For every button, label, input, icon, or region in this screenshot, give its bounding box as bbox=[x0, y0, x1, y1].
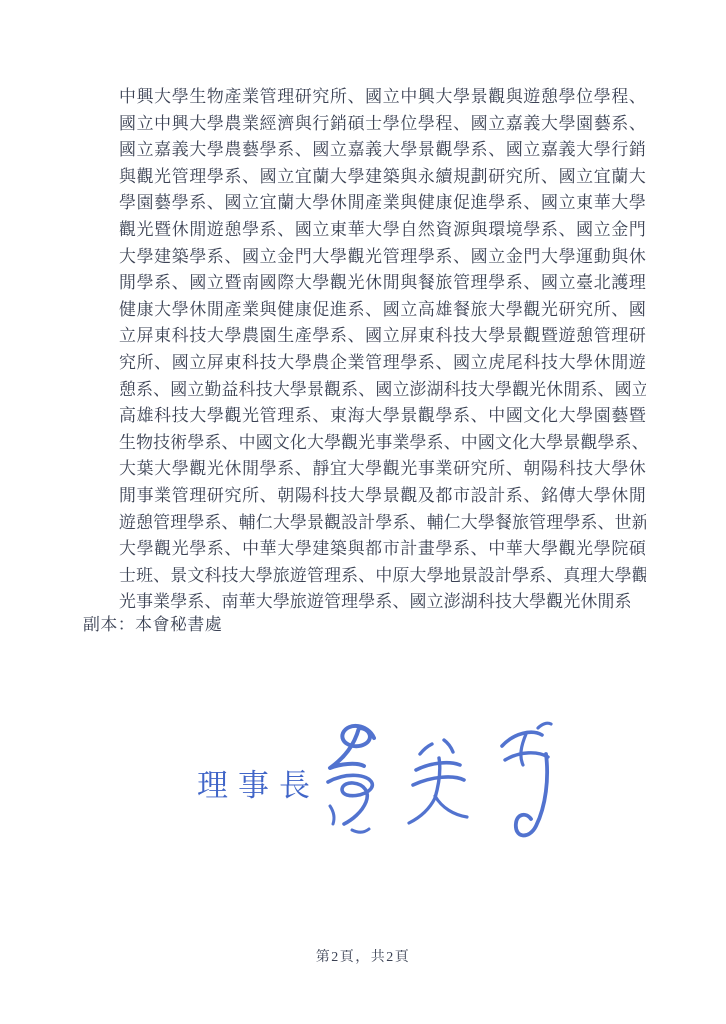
body-line: 閒事業管理研究所、朝陽科技大學景觀及都市設計系、銘傳大學休閒 bbox=[119, 483, 646, 510]
body-line: 高雄科技大學觀光管理系、東海大學景觀學系、中國文化大學園藝暨 bbox=[119, 403, 646, 430]
body-line: 閒學系、國立暨南國際大學觀光休閒與餐旅管理學系、國立臺北護理 bbox=[119, 270, 646, 297]
body-line: 中興大學生物產業管理研究所、國立中興大學景觀與遊憩學位學程、 bbox=[119, 84, 646, 111]
cc-line: 副本：本會秘書處 bbox=[83, 612, 222, 639]
document-page: 中興大學生物產業管理研究所、國立中興大學景觀與遊憩學位學程、國立中興大學農業經濟… bbox=[0, 0, 726, 1024]
body-line: 生物技術學系、中國文化大學觀光事業學系、中國文化大學景觀學系、 bbox=[119, 430, 646, 457]
body-line: 究所、國立屏東科技大學農企業管理學系、國立虎尾科技大學休閒遊 bbox=[119, 350, 646, 377]
body-line: 憩系、國立勤益科技大學景觀系、國立澎湖科技大學觀光休閒系、國立 bbox=[119, 377, 646, 404]
body-line: 國立中興大學農業經濟與行銷碩士學位學程、國立嘉義大學園藝系、 bbox=[119, 111, 646, 138]
chairman-title: 理事長 bbox=[197, 768, 320, 804]
body-line: 國立嘉義大學農藝學系、國立嘉義大學景觀學系、國立嘉義大學行銷 bbox=[119, 137, 646, 164]
body-line: 與觀光管理學系、國立宜蘭大學建築與永續規劃研究所、國立宜蘭大 bbox=[119, 164, 646, 191]
body-line: 健康大學休閒產業與健康促進系、國立高雄餐旅大學觀光研究所、國 bbox=[119, 297, 646, 324]
body-line: 大葉大學觀光休閒學系、靜宜大學觀光事業研究所、朝陽科技大學休 bbox=[119, 456, 646, 483]
recipient-list: 中興大學生物產業管理研究所、國立中興大學景觀與遊憩學位學程、國立中興大學農業經濟… bbox=[119, 84, 646, 616]
page-number: 第2頁，共2頁 bbox=[0, 946, 726, 966]
body-line: 觀光暨休閒遊憩學系、國立東華大學自然資源與環境學系、國立金門 bbox=[119, 217, 646, 244]
body-line: 大學建築學系、國立金門大學觀光管理學系、國立金門大學運動與休 bbox=[119, 244, 646, 271]
body-line: 學園藝學系、國立宜蘭大學休閒產業與健康促進學系、國立東華大學 bbox=[119, 190, 646, 217]
body-line: 士班、景文科技大學旅遊管理系、中原大學地景設計學系、真理大學觀 bbox=[119, 563, 646, 590]
body-line: 遊憩管理學系、輔仁大學景觀設計學系、輔仁大學餐旅管理學系、世新 bbox=[119, 510, 646, 537]
body-line: 大學觀光學系、中華大學建築與都市計畫學系、中華大學觀光學院碩 bbox=[119, 536, 646, 563]
body-line: 立屏東科技大學農園生產學系、國立屏東科技大學景觀暨遊憩管理研 bbox=[119, 323, 646, 350]
handwritten-signature-icon bbox=[308, 712, 570, 852]
